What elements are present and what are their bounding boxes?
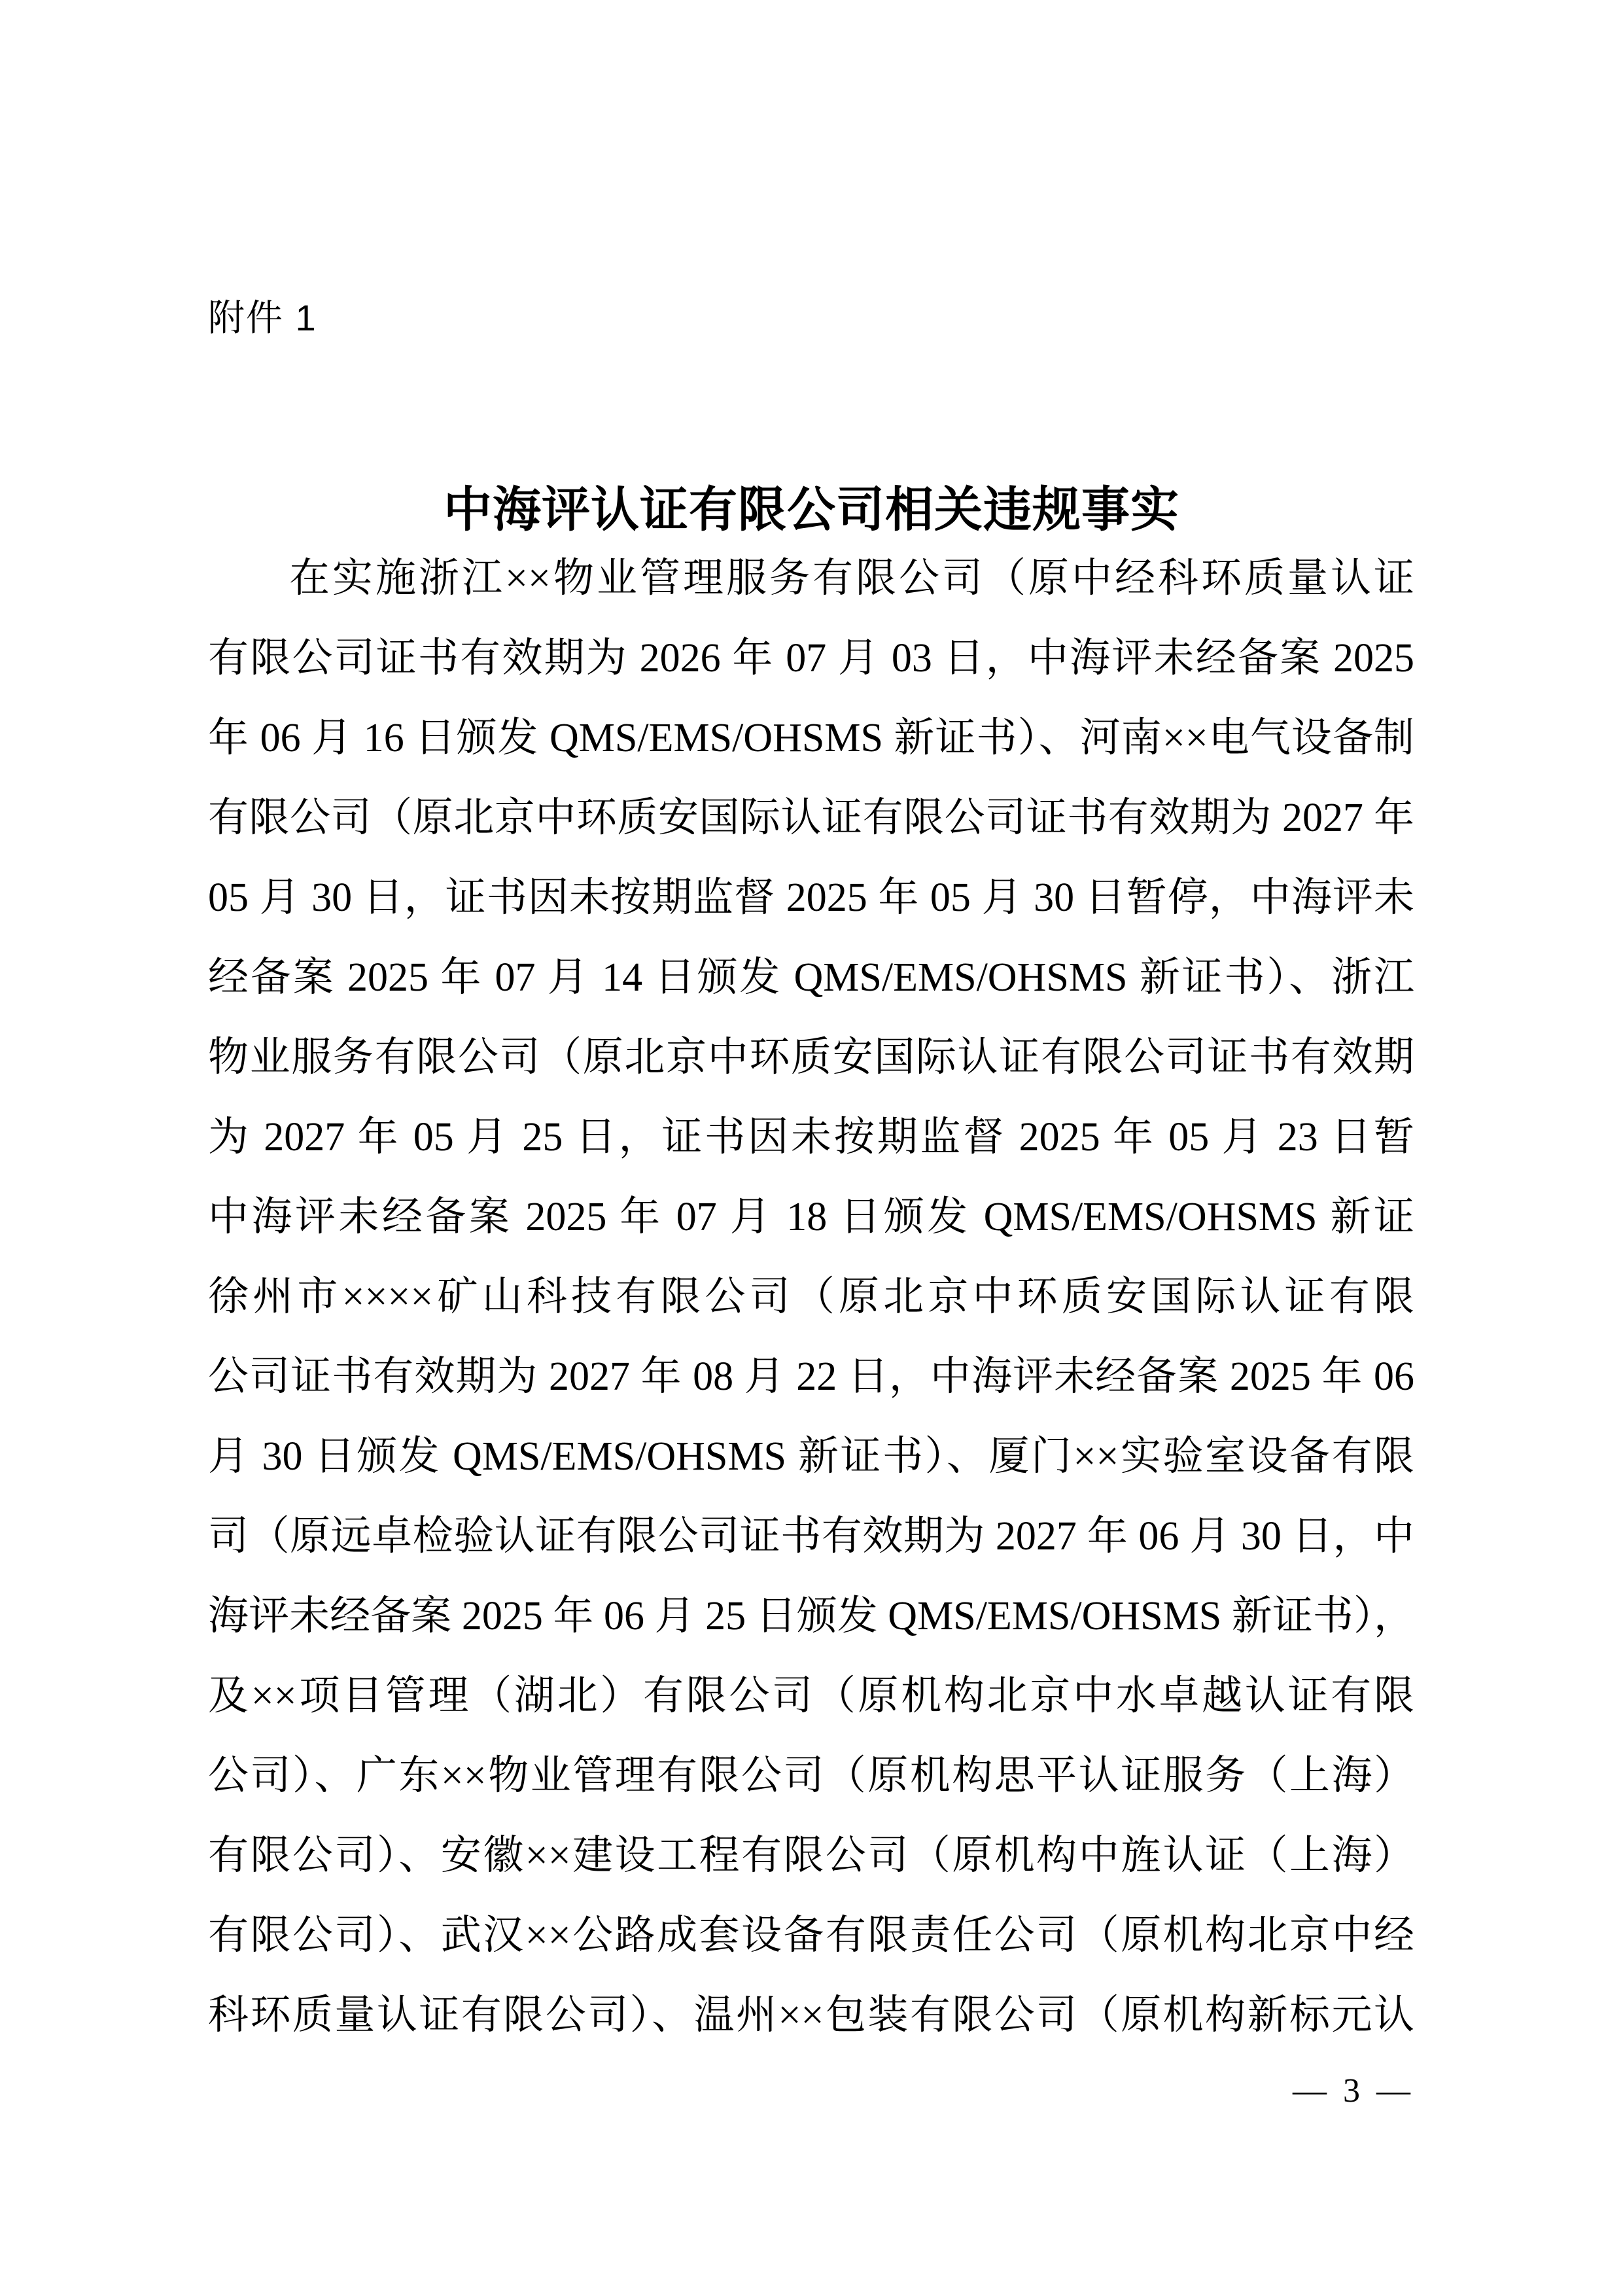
body-line: 在实施浙江××物业管理服务有限公司（原中经科环质量认证 — [208, 539, 1414, 618]
body-line: 徐州市××××矿山科技有限公司（原北京中环质安国际认证有限 — [208, 1257, 1414, 1337]
body-line: 有限公司证书有效期为 2026 年 07 月 03 日，中海评未经备案 2025 — [208, 618, 1414, 698]
document-page: 附件 1 中海评认证有限公司相关违规事实 在实施浙江××物业管理服务有限公司（原… — [0, 0, 1623, 2296]
body-line: 及××项目管理（湖北）有限公司（原机构北京中水卓越认证有限 — [208, 1656, 1414, 1736]
body-line: 公司证书有效期为 2027 年 08 月 22 日，中海评未经备案 2025 年… — [208, 1337, 1414, 1417]
page-title: 中海评认证有限公司相关违规事实 — [0, 484, 1623, 537]
page-number: — 3 — — [1293, 2071, 1414, 2111]
body-line: 有限公司）、武汉××公路成套设备有限责任公司（原机构北京中经 — [208, 1896, 1414, 1975]
body-line: 05 月 30 日，证书因未按期监督 2025 年 05 月 30 日暂停，中海… — [208, 858, 1414, 938]
body-line: 海评未经备案 2025 年 06 月 25 日颁发 QMS/EMS/OHSMS … — [208, 1576, 1414, 1656]
document-body: 在实施浙江××物业管理服务有限公司（原中经科环质量认证 有限公司证书有效期为 2… — [208, 539, 1414, 2055]
body-line: 月 30 日颁发 QMS/EMS/OHSMS 新证书）、厦门××实验室设备有限公 — [208, 1417, 1414, 1496]
body-line: 经备案 2025 年 07 月 14 日颁发 QMS/EMS/OHSMS 新证书… — [208, 938, 1414, 1017]
body-line: 科环质量认证有限公司）、温州××包装有限公司（原机构新标元认 — [208, 1975, 1414, 2055]
body-line: 有限公司）、安徽××建设工程有限公司（原机构中旌认证（上海） — [208, 1816, 1414, 1896]
body-line: 司（原远卓检验认证有限公司证书有效期为 2027 年 06 月 30 日，中 — [208, 1496, 1414, 1576]
body-line: 物业服务有限公司（原北京中环质安国际认证有限公司证书有效期 — [208, 1017, 1414, 1097]
body-line: 公司）、广东××物业管理有限公司（原机构思平认证服务（上海） — [208, 1736, 1414, 1816]
body-line: 中海评未经备案 2025 年 07 月 18 日颁发 QMS/EMS/OHSMS… — [208, 1177, 1414, 1257]
attachment-label: 附件 1 — [208, 296, 317, 340]
body-line: 有限公司（原北京中环质安国际认证有限公司证书有效期为 2027 年 — [208, 778, 1414, 858]
body-line: 为 2027 年 05 月 25 日，证书因未按期监督 2025 年 05 月 … — [208, 1097, 1414, 1177]
body-line: 年 06 月 16 日颁发 QMS/EMS/OHSMS 新证书）、河南××电气设… — [208, 698, 1414, 778]
